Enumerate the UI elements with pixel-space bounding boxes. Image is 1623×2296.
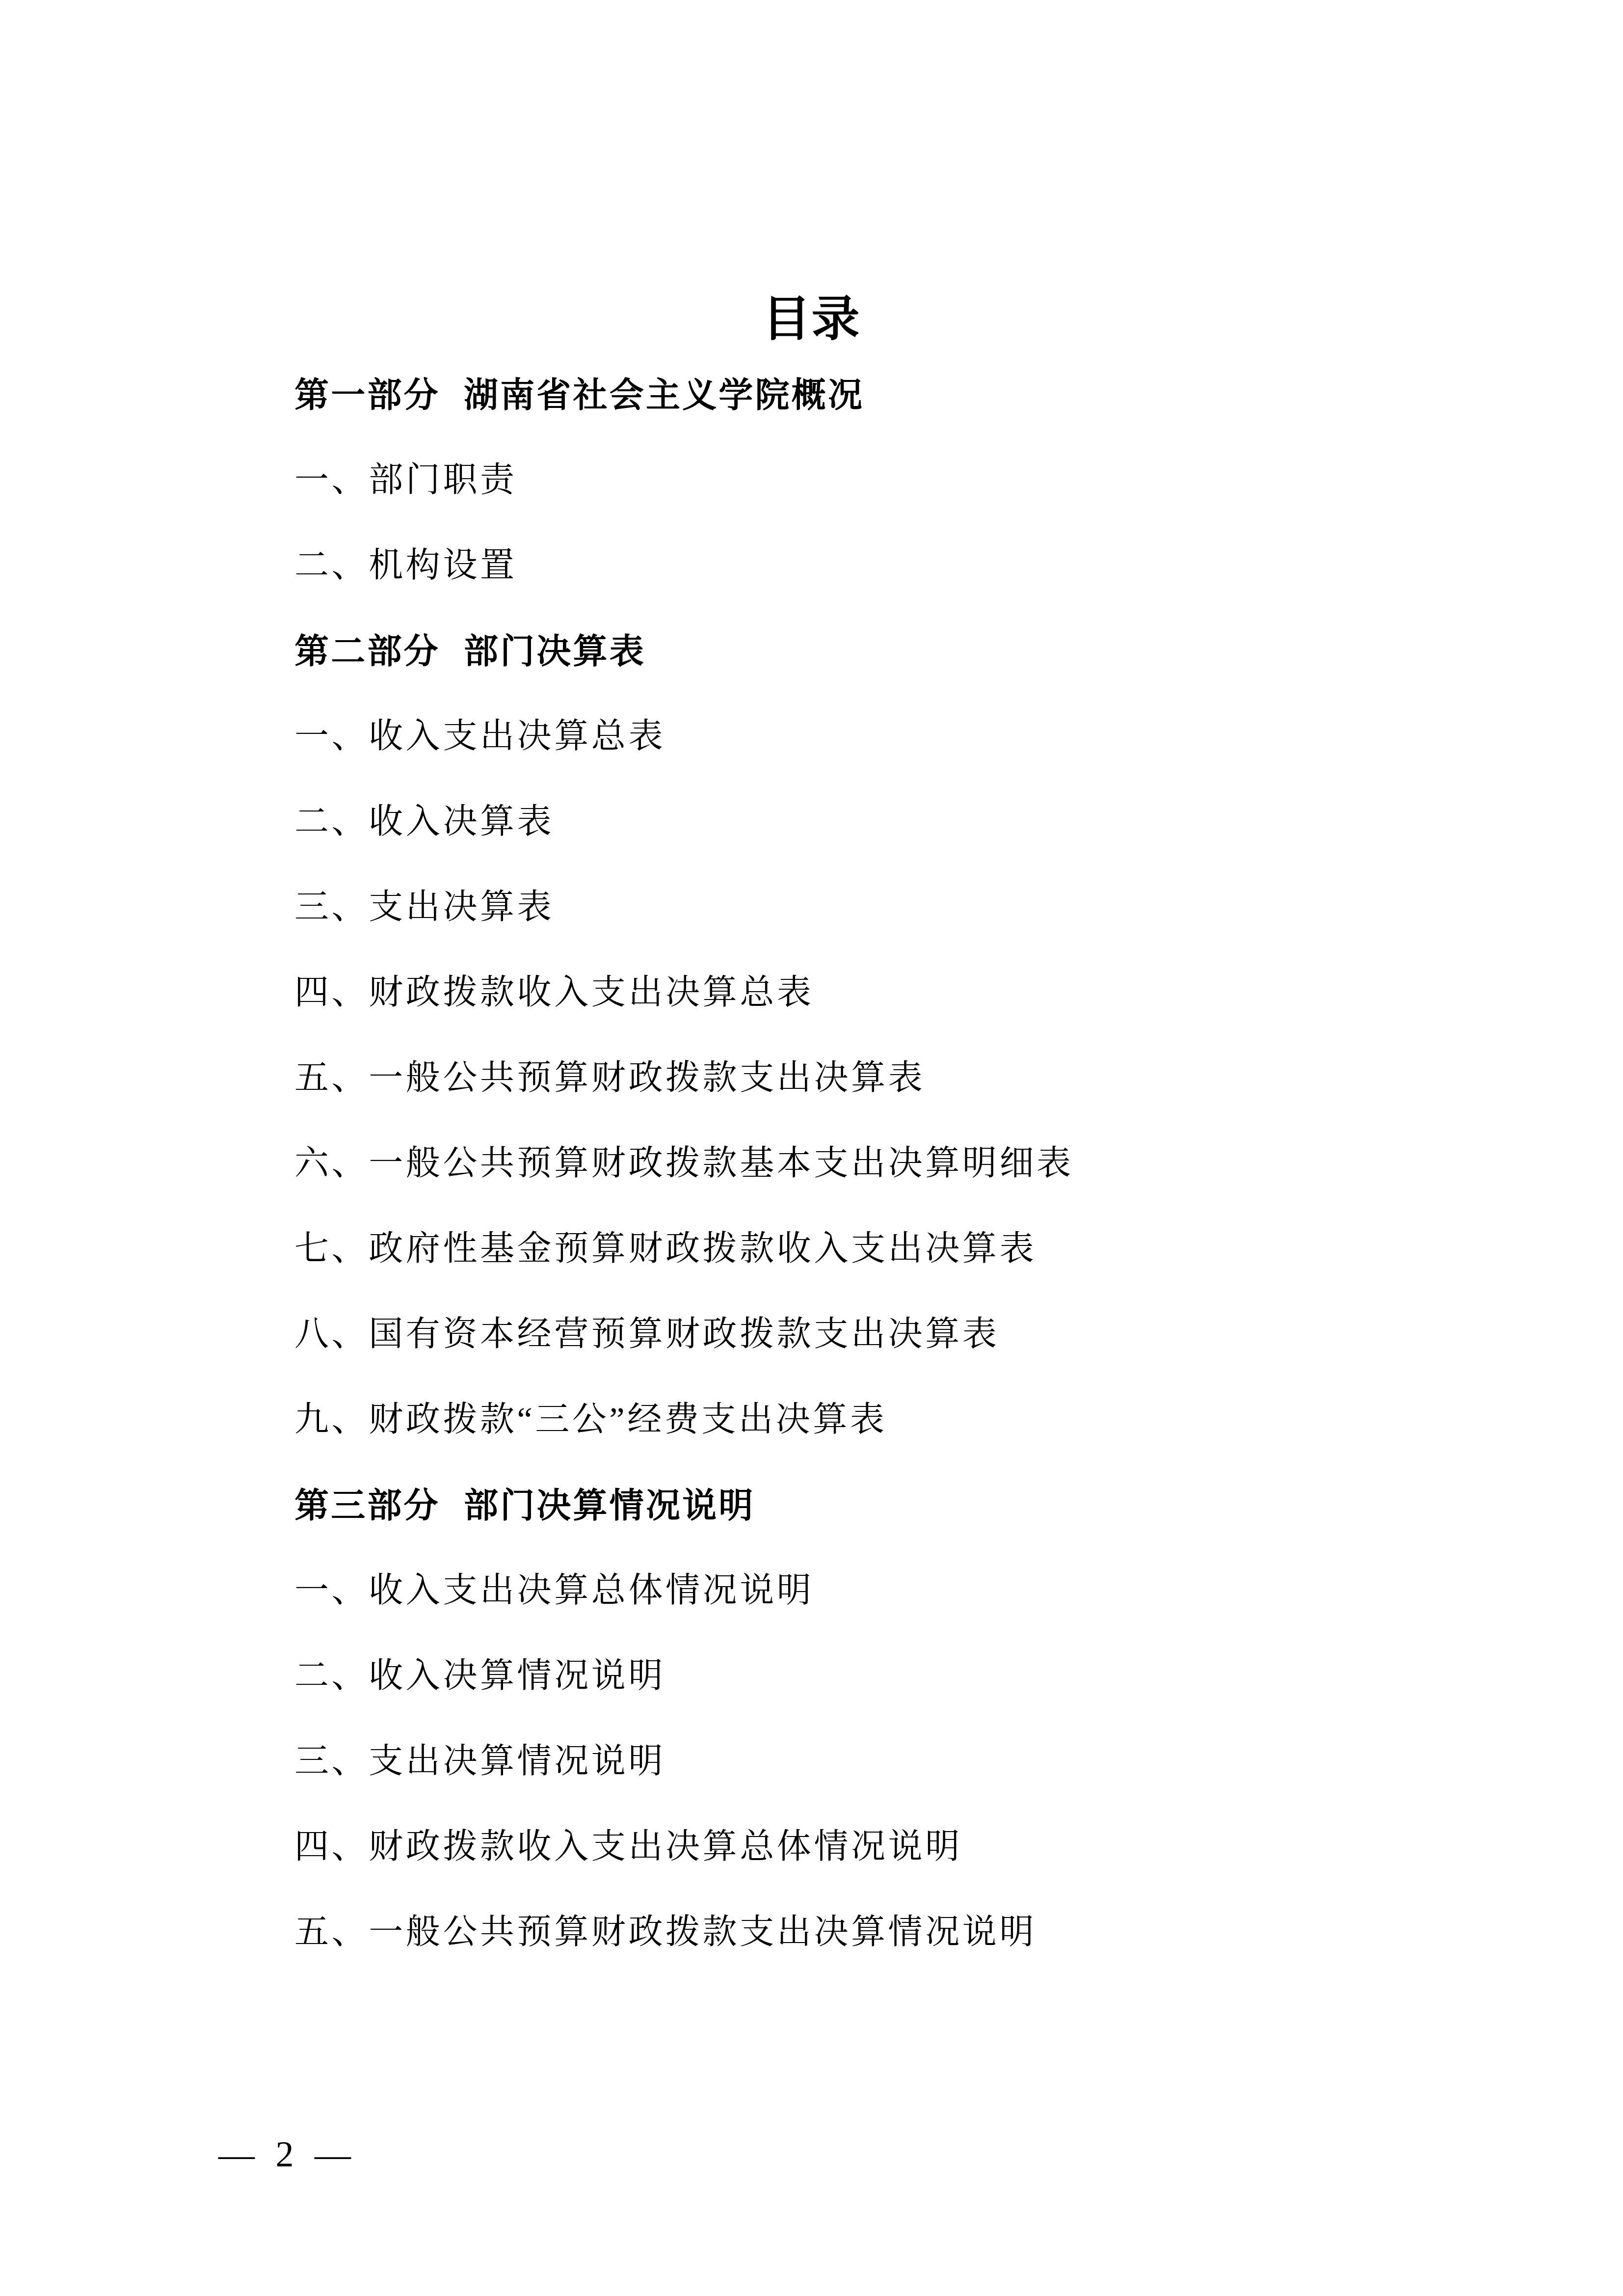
section-2-heading: 第二部分 部门决算表 xyxy=(294,609,1623,694)
toc-item: 九、财政拨款“三公”经费支出决算表 xyxy=(294,1378,1623,1463)
toc-item: 三、支出决算情况说明 xyxy=(294,1719,1623,1805)
section-3-heading: 第三部分 部门决算情况说明 xyxy=(294,1463,1623,1548)
toc-item: 一、部门职责 xyxy=(294,438,1623,523)
toc-item: 五、一般公共预算财政拨款支出决算情况说明 xyxy=(294,1890,1623,1975)
toc-item: 四、财政拨款收入支出决算总体情况说明 xyxy=(294,1805,1623,1890)
toc-item: 四、财政拨款收入支出决算总表 xyxy=(294,950,1623,1036)
toc-item: 二、机构设置 xyxy=(294,523,1623,609)
toc-item: 五、一般公共预算财政拨款支出决算表 xyxy=(294,1036,1623,1121)
toc-item: 二、收入决算表 xyxy=(294,780,1623,865)
toc-item: 二、收入决算情况说明 xyxy=(294,1634,1623,1719)
toc-item: 八、国有资本经营预算财政拨款支出决算表 xyxy=(294,1292,1623,1378)
toc-item: 一、收入支出决算总体情况说明 xyxy=(294,1548,1623,1634)
table-of-contents: 第一部分 湖南省社会主义学院概况 一、部门职责 二、机构设置 第二部分 部门决算… xyxy=(294,352,1623,1975)
toc-item: 七、政府性基金预算财政拨款收入支出决算表 xyxy=(294,1207,1623,1292)
toc-item: 六、一般公共预算财政拨款基本支出决算明细表 xyxy=(294,1121,1623,1207)
page-number: — 2 — xyxy=(218,2136,351,2173)
toc-item: 一、收入支出决算总表 xyxy=(294,694,1623,780)
section-1-heading: 第一部分 湖南省社会主义学院概况 xyxy=(294,352,1623,438)
page-title: 目录 xyxy=(0,0,1623,343)
toc-item: 三、支出决算表 xyxy=(294,865,1623,950)
document-page: 目录 第一部分 湖南省社会主义学院概况 一、部门职责 二、机构设置 第二部分 部… xyxy=(0,0,1623,2296)
